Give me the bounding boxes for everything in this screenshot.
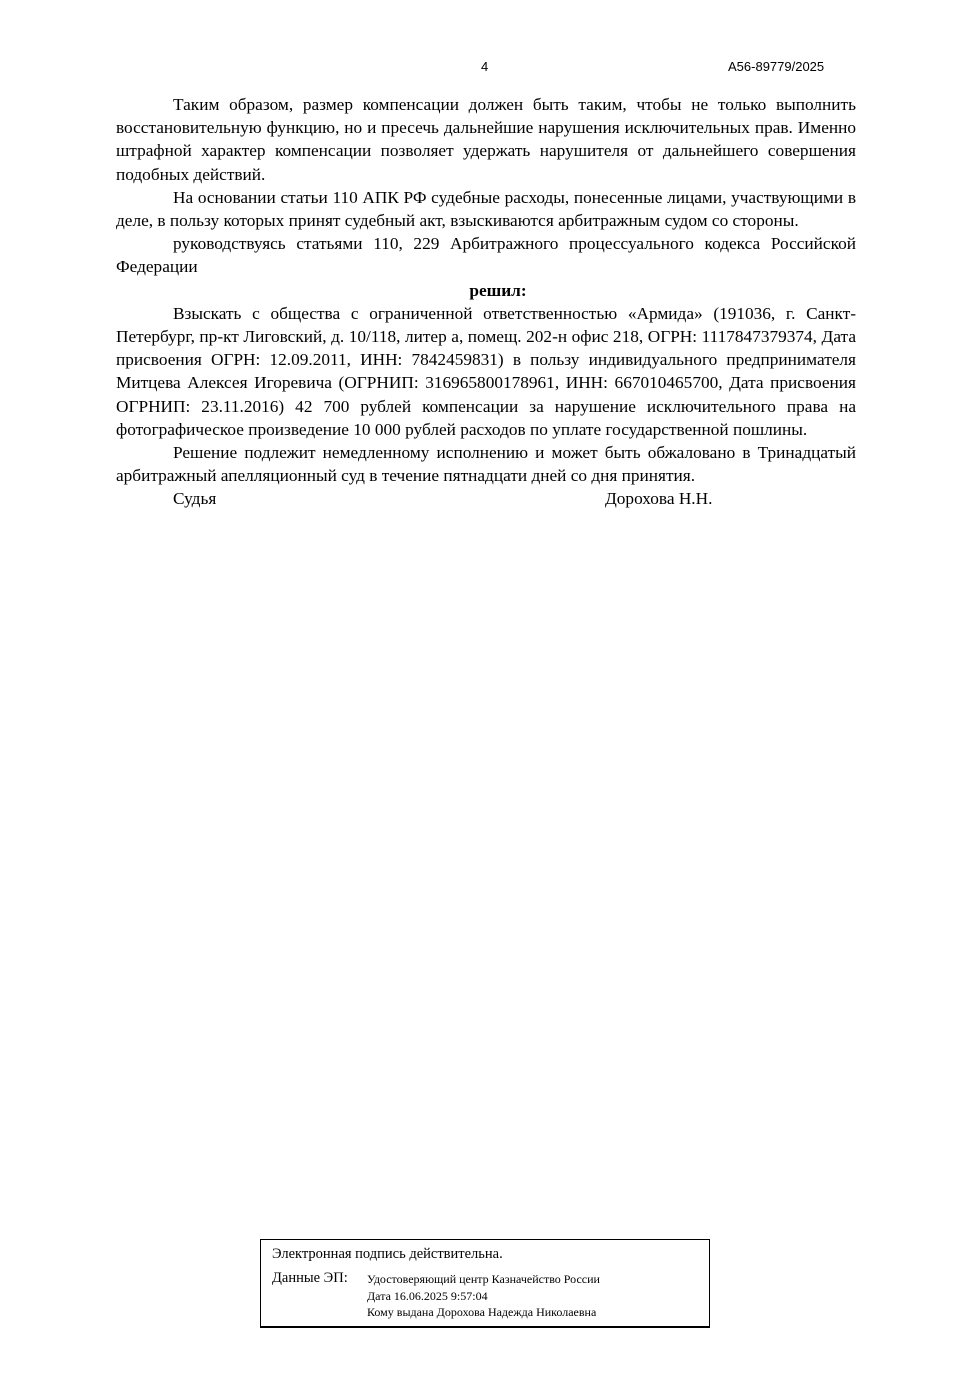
paragraph-guided-by: руководствуясь статьями 110, 229 Арбитра… [116, 232, 856, 278]
signature-data-label: Данные ЭП: [272, 1270, 348, 1287]
signature-status: Электронная подпись действительна. [272, 1246, 503, 1263]
certificate-center: Удостоверяющий центр Казначейство России [367, 1271, 600, 1288]
signature-line: Судья Дорохова Н.Н. [116, 487, 856, 510]
signature-issued-to: Кому выдана Дорохова Надежда Николаевна [367, 1304, 600, 1321]
signature-date: Дата 16.06.2025 9:57:04 [367, 1288, 600, 1305]
judge-name: Дорохова Н.Н. [605, 487, 712, 510]
document-body: Таким образом, размер компенсации должен… [116, 93, 856, 511]
signature-details: Удостоверяющий центр Казначейство России… [367, 1271, 600, 1321]
decision-heading: решил: [116, 279, 856, 302]
judge-title: Судья [173, 489, 216, 508]
document-page: 4 А56-89779/2025 Таким образом, размер к… [0, 0, 970, 1375]
paragraph-decision: Взыскать с общества с ограниченной ответ… [116, 302, 856, 441]
paragraph-appeal: Решение подлежит немедленному исполнению… [116, 441, 856, 487]
case-number: А56-89779/2025 [728, 59, 824, 74]
electronic-signature-stamp: Электронная подпись действительна. Данны… [260, 1239, 710, 1328]
paragraph-court-costs: На основании статьи 110 АПК РФ судебные … [116, 186, 856, 232]
paragraph-compensation: Таким образом, размер компенсации должен… [116, 93, 856, 186]
page-number: 4 [481, 59, 488, 74]
